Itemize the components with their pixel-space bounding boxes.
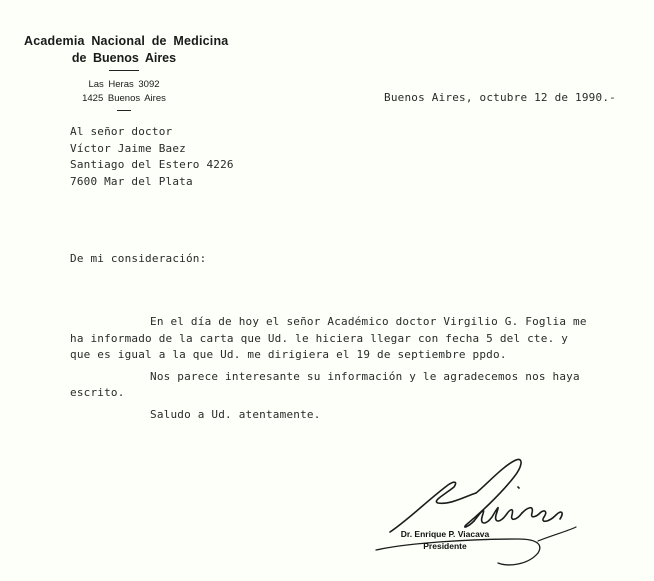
letter-body: En el día de hoy el señor Académico doct… <box>70 314 642 423</box>
greeting: De mi consideración: <box>70 252 206 265</box>
letter-date: Buenos Aires, octubre 12 de 1990.- <box>384 91 616 104</box>
handwritten-signature-icon <box>368 455 588 570</box>
signer-info: Dr. Enrique P. Viacava Presidente <box>380 528 510 552</box>
signer-name: Dr. Enrique P. Viacava <box>380 528 510 540</box>
recipient-salutation: Al señor doctor <box>70 124 234 141</box>
letterhead-street: Las Heras 3092 <box>24 78 224 92</box>
letterhead-postal-city: 1425 Buenos Aires <box>24 92 224 106</box>
paragraph-line: que es igual a la que Ud. me dirigiera e… <box>70 347 642 364</box>
paragraph-line: Nos parece interesante su información y … <box>70 369 642 386</box>
recipient-name: Víctor Jaime Baez <box>70 141 234 158</box>
recipient-block: Al señor doctor Víctor Jaime Baez Santia… <box>70 124 234 190</box>
organization-city: de Buenos Aires <box>24 50 224 67</box>
signer-title: Presidente <box>380 540 510 552</box>
recipient-city: 7600 Mar del Plata <box>70 174 234 191</box>
paragraph-line: escrito. <box>70 385 642 402</box>
letterhead-divider-small <box>117 110 131 111</box>
letterhead: Academia Nacional de Medicina de Buenos … <box>24 33 224 111</box>
paragraph-line: ha informado de la carta que Ud. le hici… <box>70 331 642 348</box>
recipient-street: Santiago del Estero 4226 <box>70 157 234 174</box>
signature-block: Dr. Enrique P. Viacava Presidente <box>368 455 588 565</box>
organization-name: Academia Nacional de Medicina <box>24 33 224 50</box>
paragraph-line: En el día de hoy el señor Académico doct… <box>70 314 642 331</box>
letterhead-divider <box>109 70 139 71</box>
closing-line: Saludo a Ud. atentamente. <box>70 407 642 424</box>
